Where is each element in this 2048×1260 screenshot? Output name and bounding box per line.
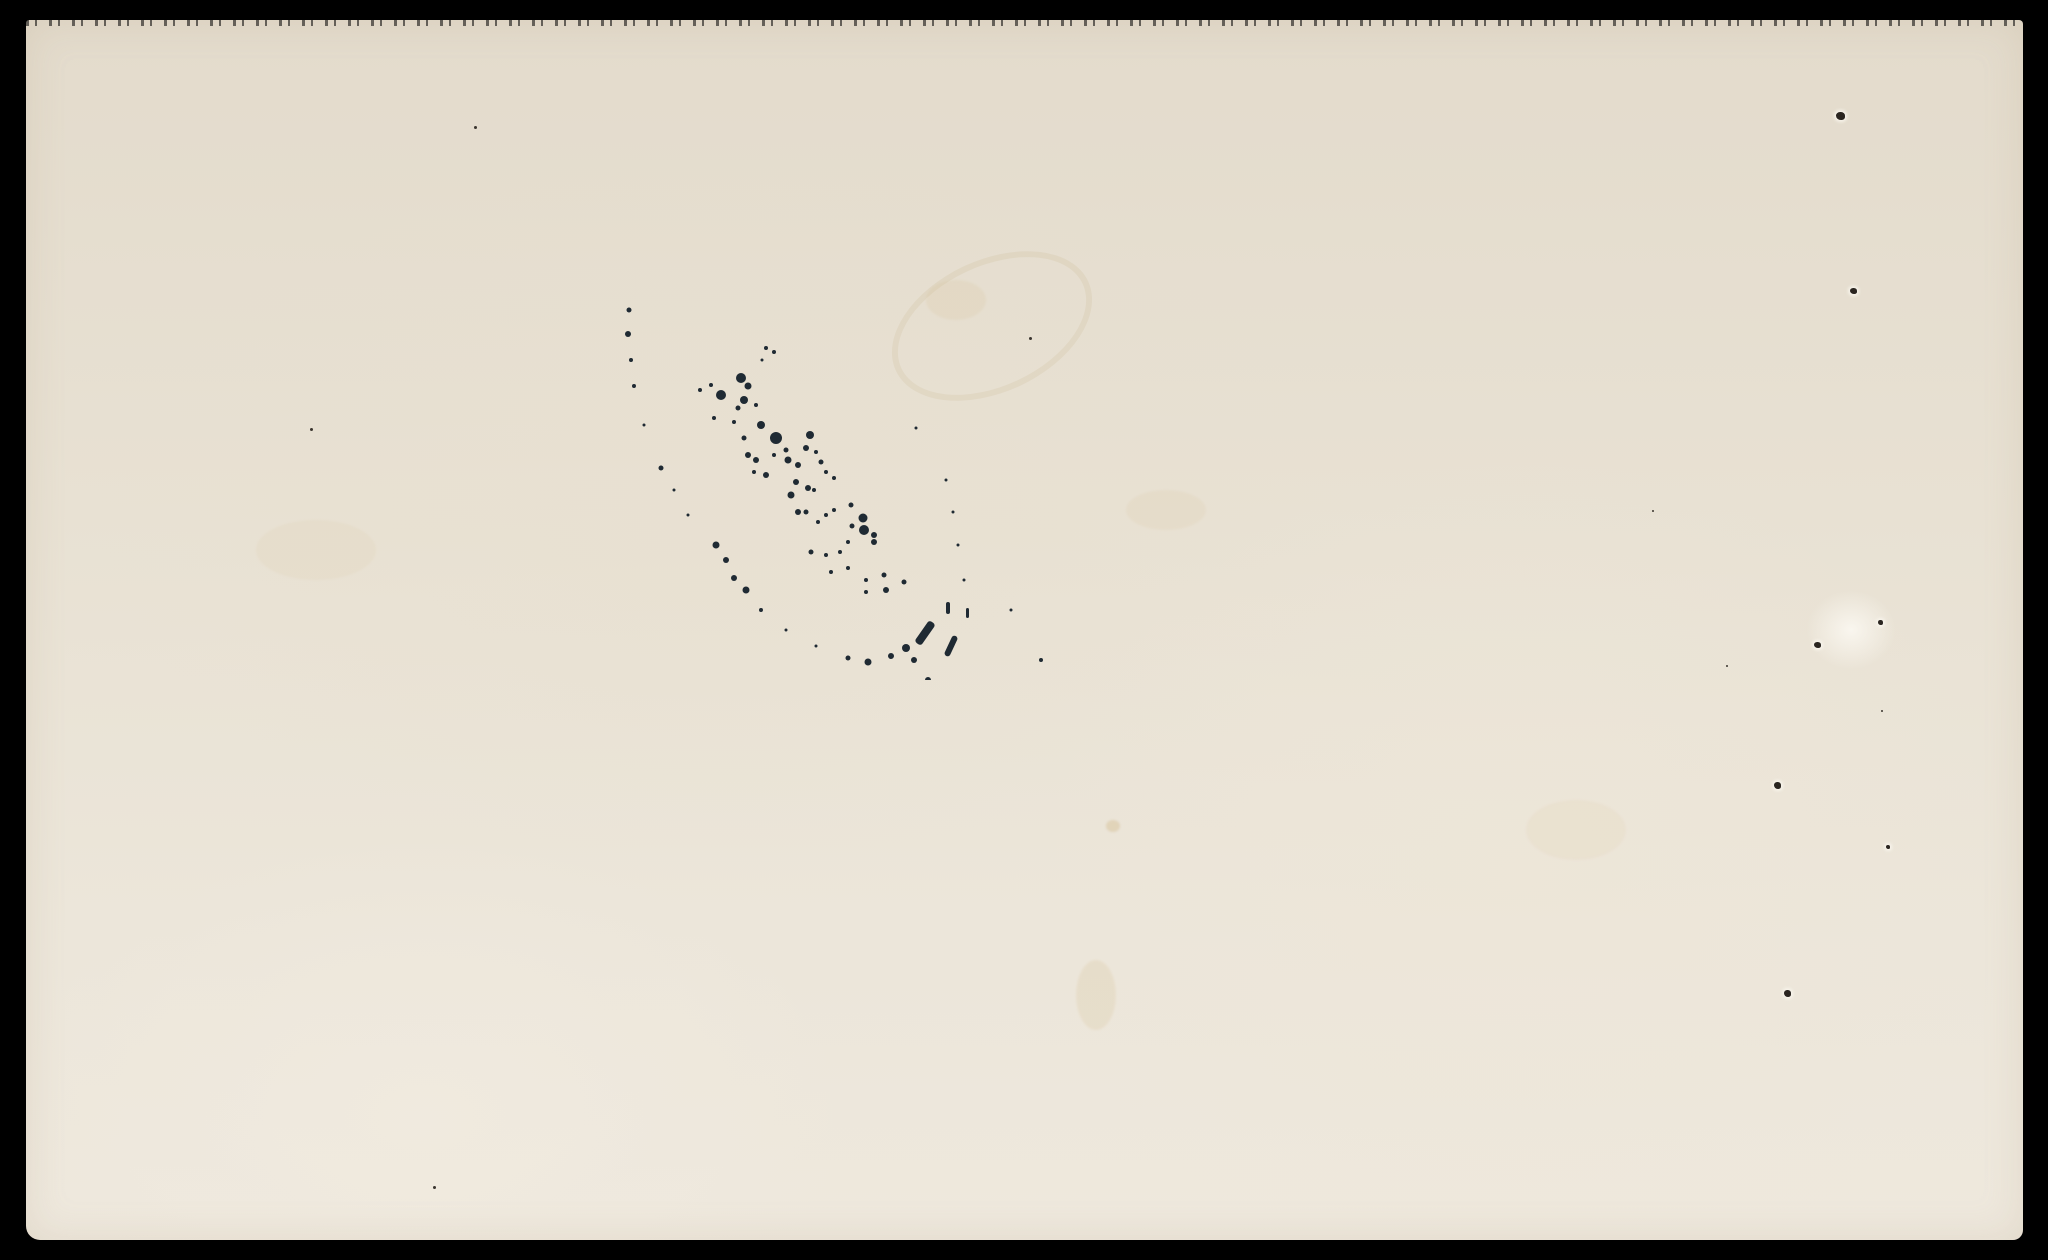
pin-hole <box>1836 112 1845 120</box>
foxing-spot <box>1126 490 1206 530</box>
pin-hole <box>1774 782 1781 789</box>
ink-speck <box>433 1186 436 1189</box>
ink-speck <box>1726 665 1728 667</box>
postmark-icon <box>616 290 1056 680</box>
pin-hole <box>1814 642 1821 648</box>
scan-background <box>0 0 2048 1260</box>
document-paper <box>26 20 2023 1240</box>
pin-hole <box>1878 620 1883 625</box>
pin-hole <box>1886 845 1890 849</box>
foxing-spot <box>1106 820 1120 832</box>
oval-postmark <box>616 290 1056 680</box>
torn-top-edge <box>26 14 2023 26</box>
foxing-spot <box>1526 800 1626 860</box>
pin-hole <box>1784 990 1791 997</box>
ink-speck <box>474 126 477 129</box>
paper-crease <box>1806 590 1896 670</box>
foxing-spot <box>256 520 376 580</box>
ink-speck <box>1881 710 1883 712</box>
ink-speck <box>1652 510 1654 512</box>
foxing-spot <box>1076 960 1116 1030</box>
pin-hole <box>1850 288 1857 294</box>
ink-speck <box>310 428 313 431</box>
